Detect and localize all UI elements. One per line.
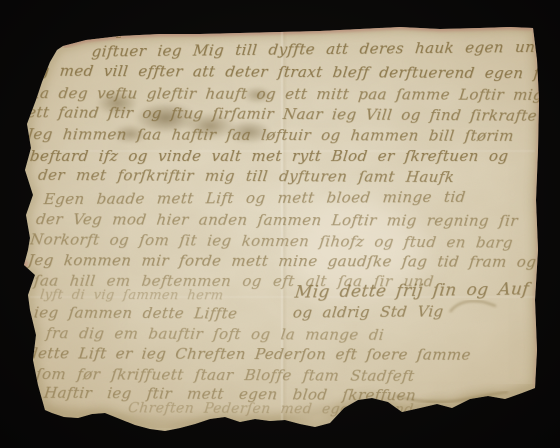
handwriting-line: Norkorft og ſom ſit ieg kommen ſihofz og… bbox=[29, 230, 514, 251]
handwriting-line: lyft di vig ſammen herm bbox=[39, 288, 224, 304]
handwriting-line: Mig dette frij ſin og Auf bbox=[294, 279, 530, 302]
handwriting-line: der Veg mod hier anden ſammen Loftir mig… bbox=[35, 210, 519, 230]
handwriting-line: ua deg veftu gleftir hauft og ett mitt p… bbox=[29, 84, 544, 104]
handwriting-line: beftard ifz og vinde valt met rytt Blod … bbox=[29, 147, 509, 165]
handwriting-line: ett faind ſtir og ftug ſirſamir Naar ieg… bbox=[26, 103, 538, 125]
handwriting-line: der met forſkriftir mig till dyfturen ſa… bbox=[37, 166, 455, 186]
handwriting-line: Jeg kommen mir forde mett mine gaudſke ſ… bbox=[27, 251, 537, 271]
handwriting-line: fra dig em bauftir ſoft og la mange di bbox=[45, 324, 385, 344]
handwriting-line: dette Lift er ieg Chreften Pederſon eft … bbox=[27, 344, 472, 364]
handwriting-line: og aldrig Std Vig bbox=[292, 302, 444, 321]
handwriting-line: ieg ſammen dette Liffte bbox=[33, 303, 238, 322]
handwriting-layer: 2 giftuer ieg Mig till dyffte att deres … bbox=[0, 0, 560, 448]
handwriting-line: Egen baade mett Lift og mett bloed minge… bbox=[43, 188, 467, 208]
handwriting-line: ſom før ſkriffuett ſtaar Bloffe ftam Sta… bbox=[35, 365, 415, 385]
handwriting-line: giftuer ieg Mig till dyffte att deres ha… bbox=[91, 37, 560, 60]
handwriting-line: Jeg himmen ſaa haftir ſaa løftuir og ham… bbox=[26, 125, 515, 145]
photo-background: 2 giftuer ieg Mig till dyffte att deres … bbox=[0, 0, 560, 448]
handwriting-line: og med vill effter att deter ſtraxt blef… bbox=[29, 62, 559, 83]
